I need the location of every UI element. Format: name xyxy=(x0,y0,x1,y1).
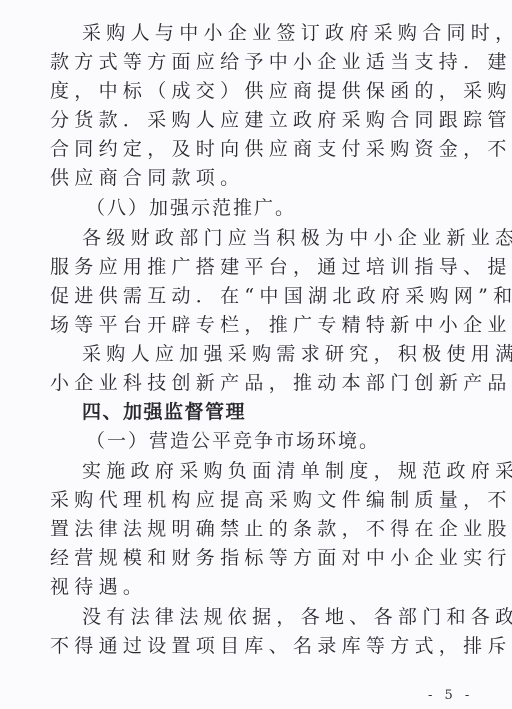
paragraph-line: 不得通过设置项目库、名录库等方式，排斥或者限制中小企业 xyxy=(50,634,464,658)
section-heading: 四、加强监督管理 xyxy=(82,400,464,424)
page-number: - 5 - xyxy=(428,688,473,703)
paragraph-line: 视待遇。 xyxy=(50,575,464,599)
paragraph-line: 供应商合同款项。 xyxy=(50,166,464,190)
paragraph-line: 置法律法规明确禁止的条款，不得在企业股权结构、经营年限、 xyxy=(50,517,464,541)
paragraph-line: 小企业科技创新产品，推动本部门创新产品的应用。 xyxy=(50,371,464,395)
paragraph-line: 采购人与中小企业签订政府采购合同时，在付款期限、付 xyxy=(82,21,464,45)
document-page: 采购人与中小企业签订政府采购合同时，在付款期限、付 款方式等方面应给予中小企业适… xyxy=(0,0,512,709)
subsection-heading: （八）加强示范推广。 xyxy=(86,196,468,220)
paragraph-line: 各级财政部门应当积极为中小企业新业态新模式产品和 xyxy=(82,226,464,250)
subsection-heading: （一）营造公平竞争市场环境。 xyxy=(86,429,468,453)
paragraph-line: 采购代理机构应提高采购文件编制质量，不得在采购文件中设 xyxy=(50,488,464,512)
paragraph-line: 场等平台开辟专栏，推广专精特新中小企业的产品和服务． xyxy=(50,313,464,337)
paragraph-line: 度，中标（成交）供应商提供保函的，采购人可以提前预付部 xyxy=(50,79,464,103)
paragraph-line: 合同约定，及时向供应商支付采购资金，不得无故拖延、拖欠 xyxy=(50,137,464,161)
paragraph-line: 经营规模和财务指标等方面对中小企业实行差别待遇或者歧 xyxy=(50,546,464,570)
paragraph-line: 款方式等方面应给予中小企业适当支持．建立预付款保函制 xyxy=(50,50,464,74)
paragraph-line: 促进供需互动．在“中国湖北政府采购网”和政府采购电子卖 xyxy=(50,284,464,308)
paragraph-line: 实施政府采购负面清单制度，规范政府采购行为．采购人、 xyxy=(82,459,464,483)
paragraph-line: 采购人应加强采购需求研究，积极使用满足采购需求的中 xyxy=(82,342,464,366)
paragraph-line: 分货款．采购人应建立政府采购合同跟踪管理机制，严格按照 xyxy=(50,108,464,132)
paragraph-line: 服务应用推广搭建平台，通过培训指导、提供咨询服务等方式， xyxy=(50,255,464,279)
paragraph-line: 没有法律法规依据，各地、各部门和各政府采购代理机构 xyxy=(82,605,464,629)
